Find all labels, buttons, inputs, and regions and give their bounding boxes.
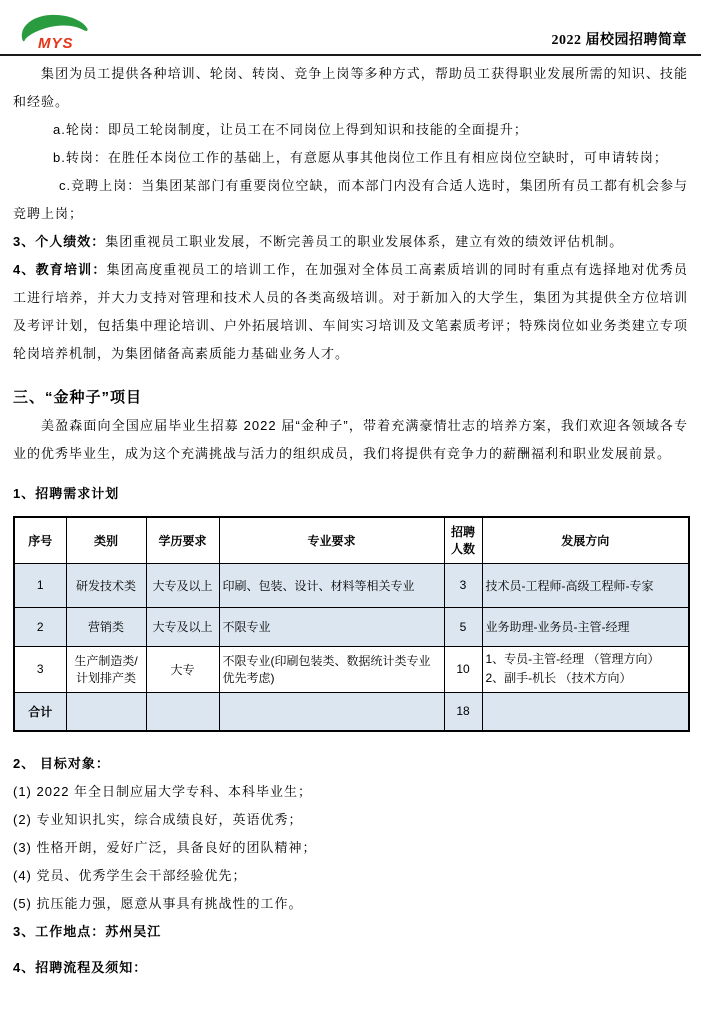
development-line-2: 2、副手-机长 （技术方向） — [486, 669, 686, 688]
cell-education: 大专及以上 — [146, 563, 219, 607]
subsection-heading-recruit-plan: 1、招聘需求计划 — [13, 480, 688, 508]
document-body: 集团为员工提供各种培训、轮岗、转岗、竞争上岗等多种方式，帮助员工获得职业发展所需… — [0, 56, 701, 982]
cell-empty — [66, 692, 146, 731]
cell-education: 大专及以上 — [146, 607, 219, 646]
table-row-rd: 1 研发技术类 大专及以上 印刷、包装、设计、材料等相关专业 3 技术员-工程师… — [14, 563, 689, 607]
target-item-1: (1) 2022 年全日制应届大学专科、本科毕业生； — [13, 778, 688, 806]
paragraph-training-intro: 集团为员工提供各种培训、轮岗、转岗、竞争上岗等多种方式，帮助员工获得职业发展所需… — [13, 60, 688, 116]
mys-logo-icon: MYS — [19, 11, 89, 53]
cell-count: 3 — [444, 563, 482, 607]
table-row-production: 3 生产制造类/计划排产类 大专 不限专业(印刷包装类、数据统计类专业优先考虑)… — [14, 646, 689, 692]
cell-no: 1 — [14, 563, 66, 607]
list-item-transfer: b.转岗：在胜任本岗位工作的基础上，有意愿从事其他岗位工作且有相应岗位空缺时，可… — [13, 144, 688, 172]
table-row-total: 合计 18 — [14, 692, 689, 731]
col-header-category: 类别 — [66, 517, 146, 563]
paragraph-golden-seed-intro: 美盈森面向全国应届毕业生招募 2022 届“金种子”，带着充满豪情壮志的培养方案… — [13, 412, 688, 468]
subsection-heading-target: 2、 目标对象： — [13, 750, 688, 778]
cell-count: 5 — [444, 607, 482, 646]
development-line-1: 1、专员-主管-经理 （管理方向） — [486, 650, 686, 669]
cell-empty — [219, 692, 444, 731]
paragraph-performance: 3、个人绩效：集团重视员工职业发展，不断完善员工的职业发展体系，建立有效的绩效评… — [13, 228, 688, 256]
performance-text: 集团重视员工职业发展，不断完善员工的职业发展体系，建立有效的绩效评估机制。 — [105, 234, 623, 249]
cell-category: 营销类 — [66, 607, 146, 646]
cell-count: 10 — [444, 646, 482, 692]
education-label: 4、教育培训： — [13, 262, 107, 277]
cell-no: 3 — [14, 646, 66, 692]
cell-category: 研发技术类 — [66, 563, 146, 607]
cell-empty — [482, 692, 689, 731]
col-header-major: 专业要求 — [219, 517, 444, 563]
recruitment-table: 序号 类别 学历要求 专业要求 招聘人数 发展方向 1 研发技术类 大专及以上 … — [13, 516, 690, 732]
performance-label: 3、个人绩效： — [13, 234, 105, 249]
cell-major: 不限专业 — [219, 607, 444, 646]
section-heading-golden-seed: 三、“金种子”项目 — [13, 384, 688, 412]
col-header-education: 学历要求 — [146, 517, 219, 563]
list-item-competition: c.竞聘上岗：当集团某部门有重要岗位空缺，而本部门内没有合适人选时，集团所有员工… — [13, 172, 688, 228]
col-header-development: 发展方向 — [482, 517, 689, 563]
cell-education: 大专 — [146, 646, 219, 692]
subsection-heading-location: 3、工作地点：苏州吴江 — [13, 918, 688, 946]
page-title: 2022 届校园招聘简章 — [552, 29, 688, 49]
target-item-2: (2) 专业知识扎实，综合成绩良好，英语优秀； — [13, 806, 688, 834]
target-item-5: (5) 抗压能力强，愿意从事具有挑战性的工作。 — [13, 890, 688, 918]
logo-text: MYS — [38, 35, 74, 52]
cell-development: 业务助理-业务员-主管-经理 — [482, 607, 689, 646]
table-row-marketing: 2 营销类 大专及以上 不限专业 5 业务助理-业务员-主管-经理 — [14, 607, 689, 646]
cell-total-label: 合计 — [14, 692, 66, 731]
cell-development: 技术员-工程师-高级工程师-专家 — [482, 563, 689, 607]
subsection-heading-process: 4、招聘流程及须知： — [13, 954, 688, 982]
cell-major: 印刷、包装、设计、材料等相关专业 — [219, 563, 444, 607]
target-item-4: (4) 党员、优秀学生会干部经验优先； — [13, 862, 688, 890]
col-header-no: 序号 — [14, 517, 66, 563]
table-header-row: 序号 类别 学历要求 专业要求 招聘人数 发展方向 — [14, 517, 689, 563]
target-item-3: (3) 性格开朗，爱好广泛，具备良好的团队精神； — [13, 834, 688, 862]
cell-empty — [146, 692, 219, 731]
cell-category: 生产制造类/计划排产类 — [66, 646, 146, 692]
page-header: MYS 2022 届校园招聘简章 — [0, 0, 701, 56]
cell-major: 不限专业(印刷包装类、数据统计类专业优先考虑) — [219, 646, 444, 692]
col-header-count: 招聘人数 — [444, 517, 482, 563]
paragraph-education: 4、教育培训：集团高度重视员工的培训工作，在加强对全体员工高素质培训的同时有重点… — [13, 256, 688, 368]
list-item-rotation: a.轮岗：即员工轮岗制度，让员工在不同岗位上得到知识和技能的全面提升； — [13, 116, 688, 144]
education-text: 集团高度重视员工的培训工作，在加强对全体员工高素质培训的同时有重点有选择地对优秀… — [13, 262, 688, 361]
cell-development: 1、专员-主管-经理 （管理方向） 2、副手-机长 （技术方向） — [482, 646, 689, 692]
cell-total-count: 18 — [444, 692, 482, 731]
document-page: MYS 2022 届校园招聘简章 集团为员工提供各种培训、轮岗、转岗、竞争上岗等… — [0, 0, 701, 1021]
cell-no: 2 — [14, 607, 66, 646]
